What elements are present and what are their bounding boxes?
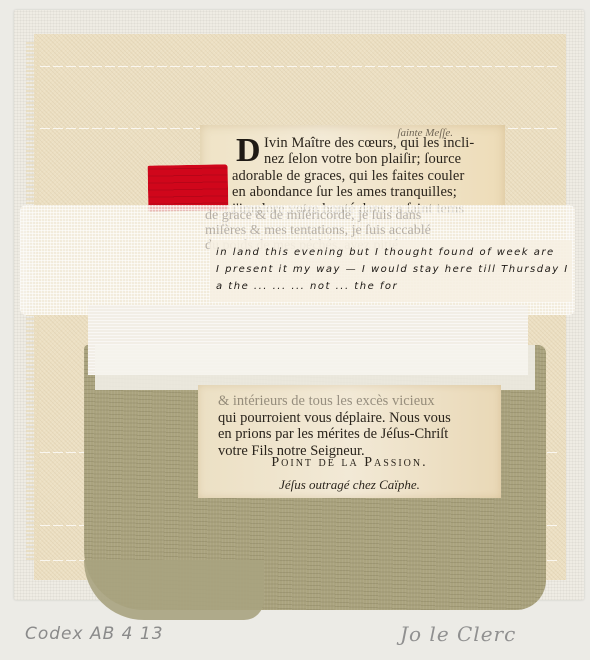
text-line: en abondance ſur les ames tranquilles; (232, 184, 497, 200)
handwriting-line: I present it my way — I would stay here … (216, 261, 568, 278)
handwriting-line: in land this evening but I thought found… (216, 244, 568, 261)
handwritten-letter-strip: in land this evening but I thought found… (210, 240, 572, 302)
section-heading: Point de la Passion. (198, 455, 501, 471)
artist-signature: Jo le Clerc (400, 622, 516, 646)
text-line: nez ſelon votre bon plaiſir; ſource (232, 151, 497, 167)
text-line: qui pourroient vous déplaire. Nous vous (218, 410, 495, 427)
lower-page-text: & intérieurs de tous les excès vicieux q… (218, 393, 495, 459)
section-subtitle: Jéſus outragé chez Caïphe. (198, 477, 501, 493)
handwriting-line: a the ... ... ... not ... the for (216, 278, 568, 295)
white-cotton-strip-lower (95, 345, 535, 390)
lower-book-page: & intérieurs de tous les excès vicieux q… (198, 385, 501, 498)
text-line: & intérieurs de tous les excès vicieux (218, 393, 495, 410)
stitch-line (40, 66, 560, 67)
text-line: Ivin Maître des cœurs, qui les incli- (232, 135, 497, 151)
artwork-caption: Codex AB 4 13 (25, 624, 164, 644)
text-line: en prions par les mérites de Jéſus-Chriſ… (218, 426, 495, 443)
olive-gauze-fringe (84, 560, 264, 620)
faded-line: de grace & de miſéricorde, je ſuis dans (205, 208, 505, 223)
handwriting: in land this evening but I thought found… (216, 244, 568, 295)
text-line: adorable de graces, qui les faites coule… (232, 168, 497, 184)
faded-line: miſères & mes tentations, je ſuis accabl… (205, 223, 505, 238)
